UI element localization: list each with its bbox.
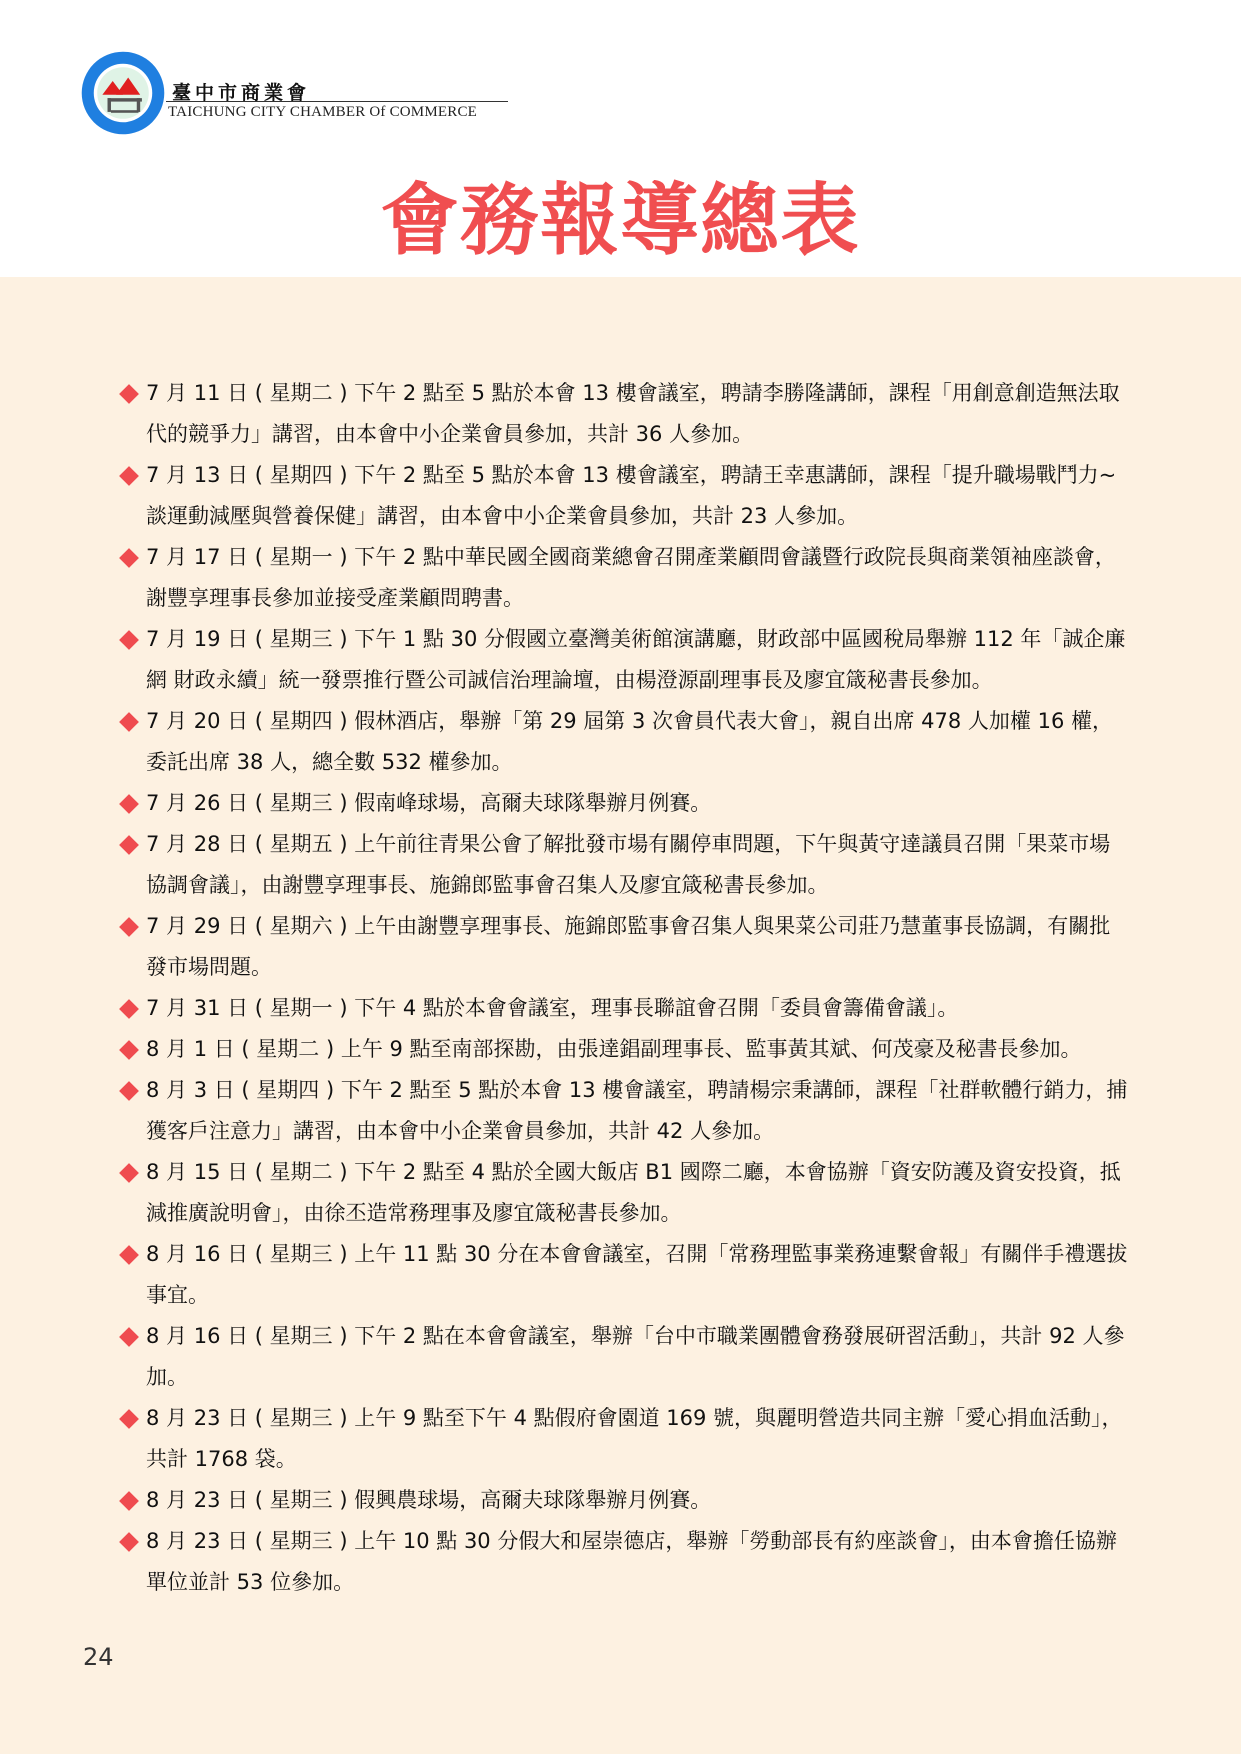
page-title: 會務報導總表	[0, 158, 1241, 270]
entry-text: 8 月 15 日 ( 星期二 ) 下午 2 點至 4 點於全國大飯店 B1 國際…	[146, 1160, 1121, 1225]
entry-text: 7 月 31 日 ( 星期一 ) 下午 4 點於本會會議室，理事長聯誼會召開「委…	[146, 996, 958, 1020]
entry-text: 7 月 17 日 ( 星期一 ) 下午 2 點中華民國全國商業總會召開產業顧問會…	[146, 545, 1116, 610]
entry-text: 7 月 19 日 ( 星期三 ) 下午 1 點 30 分假國立臺灣美術館演講廳，…	[146, 627, 1125, 692]
list-item: 7 月 26 日 ( 星期三 ) 假南峰球場，高爾夫球隊舉辦月例賽。	[118, 783, 1128, 824]
diamond-bullet-icon	[119, 917, 139, 937]
report-list: 7 月 11 日 ( 星期二 ) 下午 2 點至 5 點於本會 13 樓會議室，…	[118, 373, 1128, 1603]
diamond-bullet-icon	[119, 999, 139, 1019]
entry-text: 7 月 28 日 ( 星期五 ) 上午前往青果公會了解批發市場有關停車問題，下午…	[146, 832, 1110, 897]
diamond-bullet-icon	[119, 1040, 139, 1060]
diamond-bullet-icon	[119, 1081, 139, 1101]
list-item: 8 月 3 日 ( 星期四 ) 下午 2 點至 5 點於本會 13 樓會議室，聘…	[118, 1070, 1128, 1152]
entry-text: 8 月 23 日 ( 星期三 ) 假興農球場，高爾夫球隊舉辦月例賽。	[146, 1488, 711, 1512]
entry-text: 8 月 16 日 ( 星期三 ) 上午 11 點 30 分在本會會議室，召開「常…	[146, 1242, 1127, 1307]
list-item: 7 月 17 日 ( 星期一 ) 下午 2 點中華民國全國商業總會召開產業顧問會…	[118, 537, 1128, 619]
diamond-bullet-icon	[119, 1245, 139, 1265]
diamond-bullet-icon	[119, 1327, 139, 1347]
diamond-bullet-icon	[119, 1532, 139, 1552]
list-item: 8 月 16 日 ( 星期三 ) 上午 11 點 30 分在本會會議室，召開「常…	[118, 1234, 1128, 1316]
entry-text: 7 月 13 日 ( 星期四 ) 下午 2 點至 5 點於本會 13 樓會議室，…	[146, 463, 1116, 528]
entry-text: 8 月 1 日 ( 星期二 ) 上午 9 點至南部探勘，由張達錩副理事長、監事黃…	[146, 1037, 1082, 1061]
header-divider	[166, 101, 508, 102]
diamond-bullet-icon	[119, 466, 139, 486]
diamond-bullet-icon	[119, 1409, 139, 1429]
entry-text: 7 月 29 日 ( 星期六 ) 上午由謝豐享理事長、施錦郎監事會召集人與果菜公…	[146, 914, 1110, 979]
entry-text: 8 月 23 日 ( 星期三 ) 上午 10 點 30 分假大和屋崇德店，舉辦「…	[146, 1529, 1117, 1594]
entry-text: 8 月 3 日 ( 星期四 ) 下午 2 點至 5 點於本會 13 樓會議室，聘…	[146, 1078, 1127, 1143]
chamber-logo-icon	[80, 50, 166, 136]
list-item: 7 月 13 日 ( 星期四 ) 下午 2 點至 5 點於本會 13 樓會議室，…	[118, 455, 1128, 537]
list-item: 7 月 29 日 ( 星期六 ) 上午由謝豐享理事長、施錦郎監事會召集人與果菜公…	[118, 906, 1128, 988]
diamond-bullet-icon	[119, 384, 139, 404]
list-item: 8 月 16 日 ( 星期三 ) 下午 2 點在本會會議室，舉辦「台中市職業團體…	[118, 1316, 1128, 1398]
list-item: 7 月 19 日 ( 星期三 ) 下午 1 點 30 分假國立臺灣美術館演講廳，…	[118, 619, 1128, 701]
entry-text: 7 月 20 日 ( 星期四 ) 假林酒店，舉辦「第 29 屆第 3 次會員代表…	[146, 709, 1113, 774]
list-item: 8 月 15 日 ( 星期二 ) 下午 2 點至 4 點於全國大飯店 B1 國際…	[118, 1152, 1128, 1234]
diamond-bullet-icon	[119, 794, 139, 814]
list-item: 8 月 23 日 ( 星期三 ) 假興農球場，高爾夫球隊舉辦月例賽。	[118, 1480, 1128, 1521]
diamond-bullet-icon	[119, 548, 139, 568]
entry-text: 7 月 26 日 ( 星期三 ) 假南峰球場，高爾夫球隊舉辦月例賽。	[146, 791, 711, 815]
diamond-bullet-icon	[119, 630, 139, 650]
page-number: 24	[83, 1643, 114, 1671]
diamond-bullet-icon	[119, 1491, 139, 1511]
page-header: 臺中市商業會 TAICHUNG CITY CHAMBER Of COMMERCE…	[0, 0, 1241, 277]
list-item: 7 月 28 日 ( 星期五 ) 上午前往青果公會了解批發市場有關停車問題，下午…	[118, 824, 1128, 906]
list-item: 7 月 31 日 ( 星期一 ) 下午 4 點於本會會議室，理事長聯誼會召開「委…	[118, 988, 1128, 1029]
list-item: 8 月 1 日 ( 星期二 ) 上午 9 點至南部探勘，由張達錩副理事長、監事黃…	[118, 1029, 1128, 1070]
diamond-bullet-icon	[119, 1163, 139, 1183]
diamond-bullet-icon	[119, 835, 139, 855]
diamond-bullet-icon	[119, 712, 139, 732]
list-item: 8 月 23 日 ( 星期三 ) 上午 10 點 30 分假大和屋崇德店，舉辦「…	[118, 1521, 1128, 1603]
list-item: 8 月 23 日 ( 星期三 ) 上午 9 點至下午 4 點假府會園道 169 …	[118, 1398, 1128, 1480]
org-name-en: TAICHUNG CITY CHAMBER Of COMMERCE	[168, 104, 477, 121]
list-item: 7 月 20 日 ( 星期四 ) 假林酒店，舉辦「第 29 屆第 3 次會員代表…	[118, 701, 1128, 783]
list-item: 7 月 11 日 ( 星期二 ) 下午 2 點至 5 點於本會 13 樓會議室，…	[118, 373, 1128, 455]
entry-text: 8 月 16 日 ( 星期三 ) 下午 2 點在本會會議室，舉辦「台中市職業團體…	[146, 1324, 1124, 1389]
entry-text: 7 月 11 日 ( 星期二 ) 下午 2 點至 5 點於本會 13 樓會議室，…	[146, 381, 1120, 446]
entry-text: 8 月 23 日 ( 星期三 ) 上午 9 點至下午 4 點假府會園道 169 …	[146, 1406, 1123, 1471]
